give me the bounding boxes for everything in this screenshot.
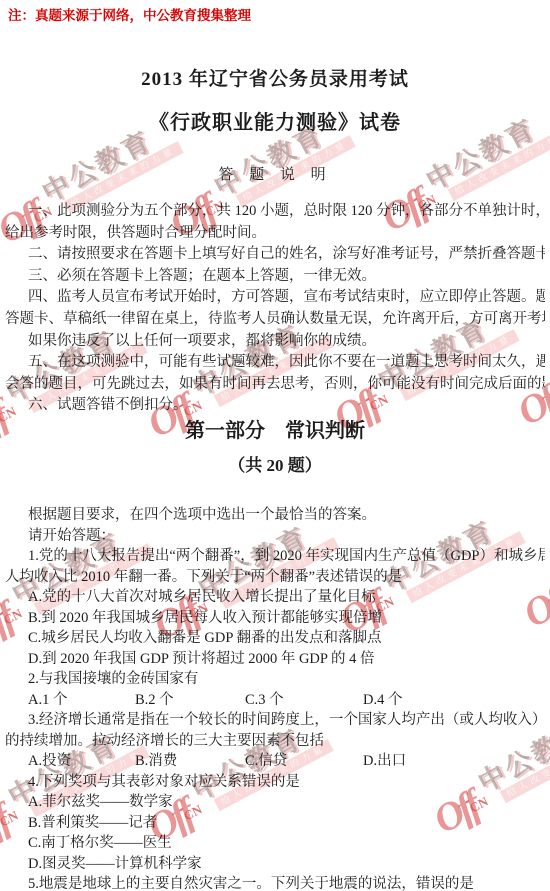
text-line: C.南丁格尔奖——医生: [5, 833, 545, 854]
exam-subtitle: 《行政职业能力测验》试卷: [0, 106, 550, 135]
text-line: 2.与我国接壤的金砖国家有: [5, 669, 545, 690]
option-item: C.3 个: [245, 690, 284, 711]
text-line: 答题卡、草稿纸一律留在桌上，待监考人员确认数量无误，允许离开后，方可离开考场。: [5, 309, 545, 331]
option-row: A.投资B.消费C.信贷D.出口: [5, 751, 545, 772]
answer-instructions-heading: 答 题 说 明: [0, 163, 550, 184]
text-line: 人均收入比 2010 年翻一番。下列关于“两个翻番”表述错误的是: [5, 567, 545, 588]
option-item: C.信贷: [245, 751, 287, 772]
text-line: 3.经济增长通常是指在一个较长的时间跨度上，一个国家人均产出（或人均收入）水平: [5, 710, 545, 731]
text-line: 根据题目要求，在四个选项中选出一个最恰当的答案。: [5, 505, 545, 526]
text-line: 四、监考人员宣布考试开始时，方可答题，宣布考试结束时，应立即停止答题。题本、: [5, 287, 545, 309]
text-line: 请开始答题：: [5, 526, 545, 547]
part-one-question-count: （共 20 题）: [0, 451, 550, 476]
text-line: D.图灵奖——计算机科学家: [5, 854, 545, 875]
option-item: D.4 个: [363, 690, 402, 711]
text-line: A.党的十八大首次对城乡居民收入增长提出了量化目标: [5, 587, 545, 608]
option-item: A.投资: [28, 751, 71, 772]
text-line: 1.党的十八大报告提出“两个翻番”，到 2020 年实现国内生产总值（GDP）和…: [5, 546, 545, 567]
text-line: 4.下列奖项与其表彰对象对应关系错误的是: [5, 772, 545, 793]
source-note: 注：真题来源于网络，中公教育搜集整理: [8, 4, 251, 24]
text-line: B.到 2020 年我国城乡居民每人收入预计都能够实现倍增: [5, 608, 545, 629]
part-one-title: 第一部分 常识判断: [0, 414, 550, 443]
option-row: A.1 个B.2 个C.3 个D.4 个: [5, 690, 545, 711]
text-line: B.普利策奖——记者: [5, 813, 545, 834]
option-item: D.出口: [363, 751, 406, 772]
exam-title: 2013 年辽宁省公务员录用考试: [0, 64, 550, 91]
text-line: C.城乡居民人均收入翻番是 GDP 翻番的出发点和落脚点: [5, 628, 545, 649]
text-line: 一、此项测验分为五个部分，共 120 小题，总时限 120 分钟，各部分不单独计…: [5, 201, 545, 223]
text-line: 三、必须在答题卡上答题；在题本上答题，一律无效。: [5, 266, 545, 288]
text-line: 会答的题目，可先跳过去，如果有时间再去思考，否则，你可能没有时间完成后面的题目。: [5, 374, 545, 396]
text-line: 如果你违反了以上任何一项要求，都将影响你的成绩。: [5, 331, 545, 353]
text-line: D.到 2020 年我国 GDP 预计将超过 2000 年 GDP 的 4 倍: [5, 649, 545, 670]
exam-paper-page: 注：真题来源于网络，中公教育搜集整理 2013 年辽宁省公务员录用考试 《行政职…: [0, 0, 550, 891]
option-item: B.消费: [135, 751, 177, 772]
text-line: 给出参考时限，供答题时合理分配时间。: [5, 223, 545, 245]
questions: 根据题目要求，在四个选项中选出一个最恰当的答案。请开始答题：1.党的十八大报告提…: [5, 505, 545, 891]
text-line: A.菲尔兹奖——数学家: [5, 792, 545, 813]
option-item: A.1 个: [28, 690, 67, 711]
instructions: 一、此项测验分为五个部分，共 120 小题，总时限 120 分钟，各部分不单独计…: [5, 201, 545, 417]
text-line: 的持续增加。拉动经济增长的三大主要因素不包括: [5, 731, 545, 752]
option-item: B.2 个: [135, 690, 174, 711]
text-line: 五、在这项测验中，可能有些试题较难，因此你不要在一道题上思考时间太久，遇到不: [5, 352, 545, 374]
text-line: 5.地震是地球上的主要自然灾害之一。下列关于地震的说法，错误的是: [5, 874, 545, 891]
text-line: 二、请按照要求在答题卡上填写好自己的姓名，涂写好准考证号，严禁折叠答题卡。: [5, 244, 545, 266]
